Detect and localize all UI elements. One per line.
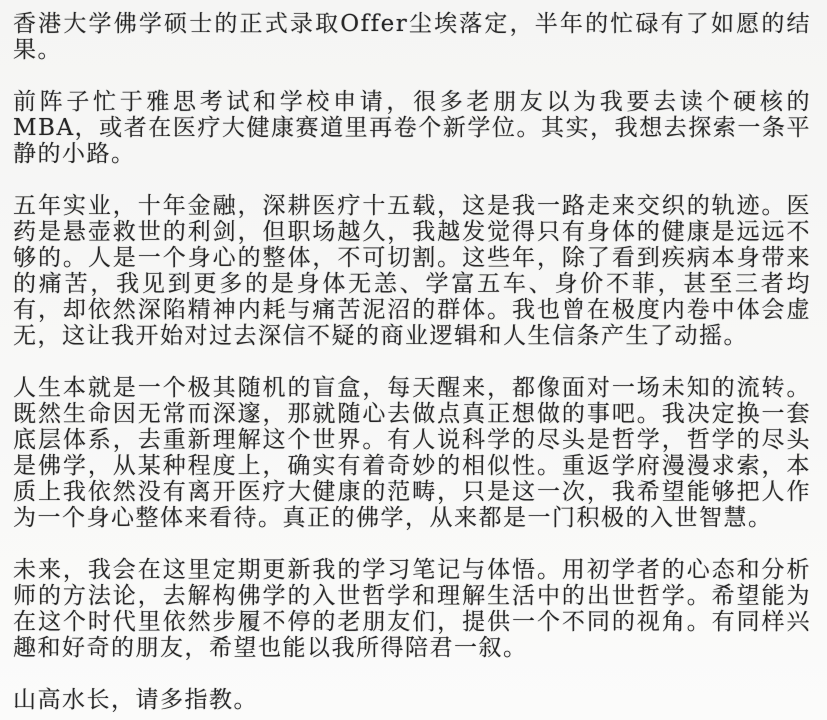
post-body: 香港大学佛学硕士的正式录取Offer尘埃落定，半年的忙碌有了如愿的结果。 前阵子… xyxy=(13,11,811,713)
paragraph-life-philosophy: 人生本就是一个极其随机的盲盒，每天醒来，都像面对一场未知的流转。既然生命因无常而… xyxy=(13,375,811,531)
paragraph-career-reflection: 五年实业，十年金融，深耕医疗十五载，这是我一路走来交织的轨迹。医药是悬壶救世的利… xyxy=(13,193,811,349)
paragraph-offer-announcement: 香港大学佛学硕士的正式录取Offer尘埃落定，半年的忙碌有了如愿的结果。 xyxy=(13,11,811,63)
paragraph-closing: 山高水长，请多指教。 xyxy=(13,687,811,713)
text-post-page: 香港大学佛学硕士的正式录取Offer尘埃落定，半年的忙碌有了如愿的结果。 前阵子… xyxy=(0,0,827,720)
paragraph-future-plan: 未来，我会在这里定期更新我的学习笔记与体悟。用初学者的心态和分析师的方法论，去解… xyxy=(13,557,811,661)
paragraph-background: 前阵子忙于雅思考试和学校申请，很多老朋友以为我要去读个硬核的MBA，或者在医疗大… xyxy=(13,89,811,167)
